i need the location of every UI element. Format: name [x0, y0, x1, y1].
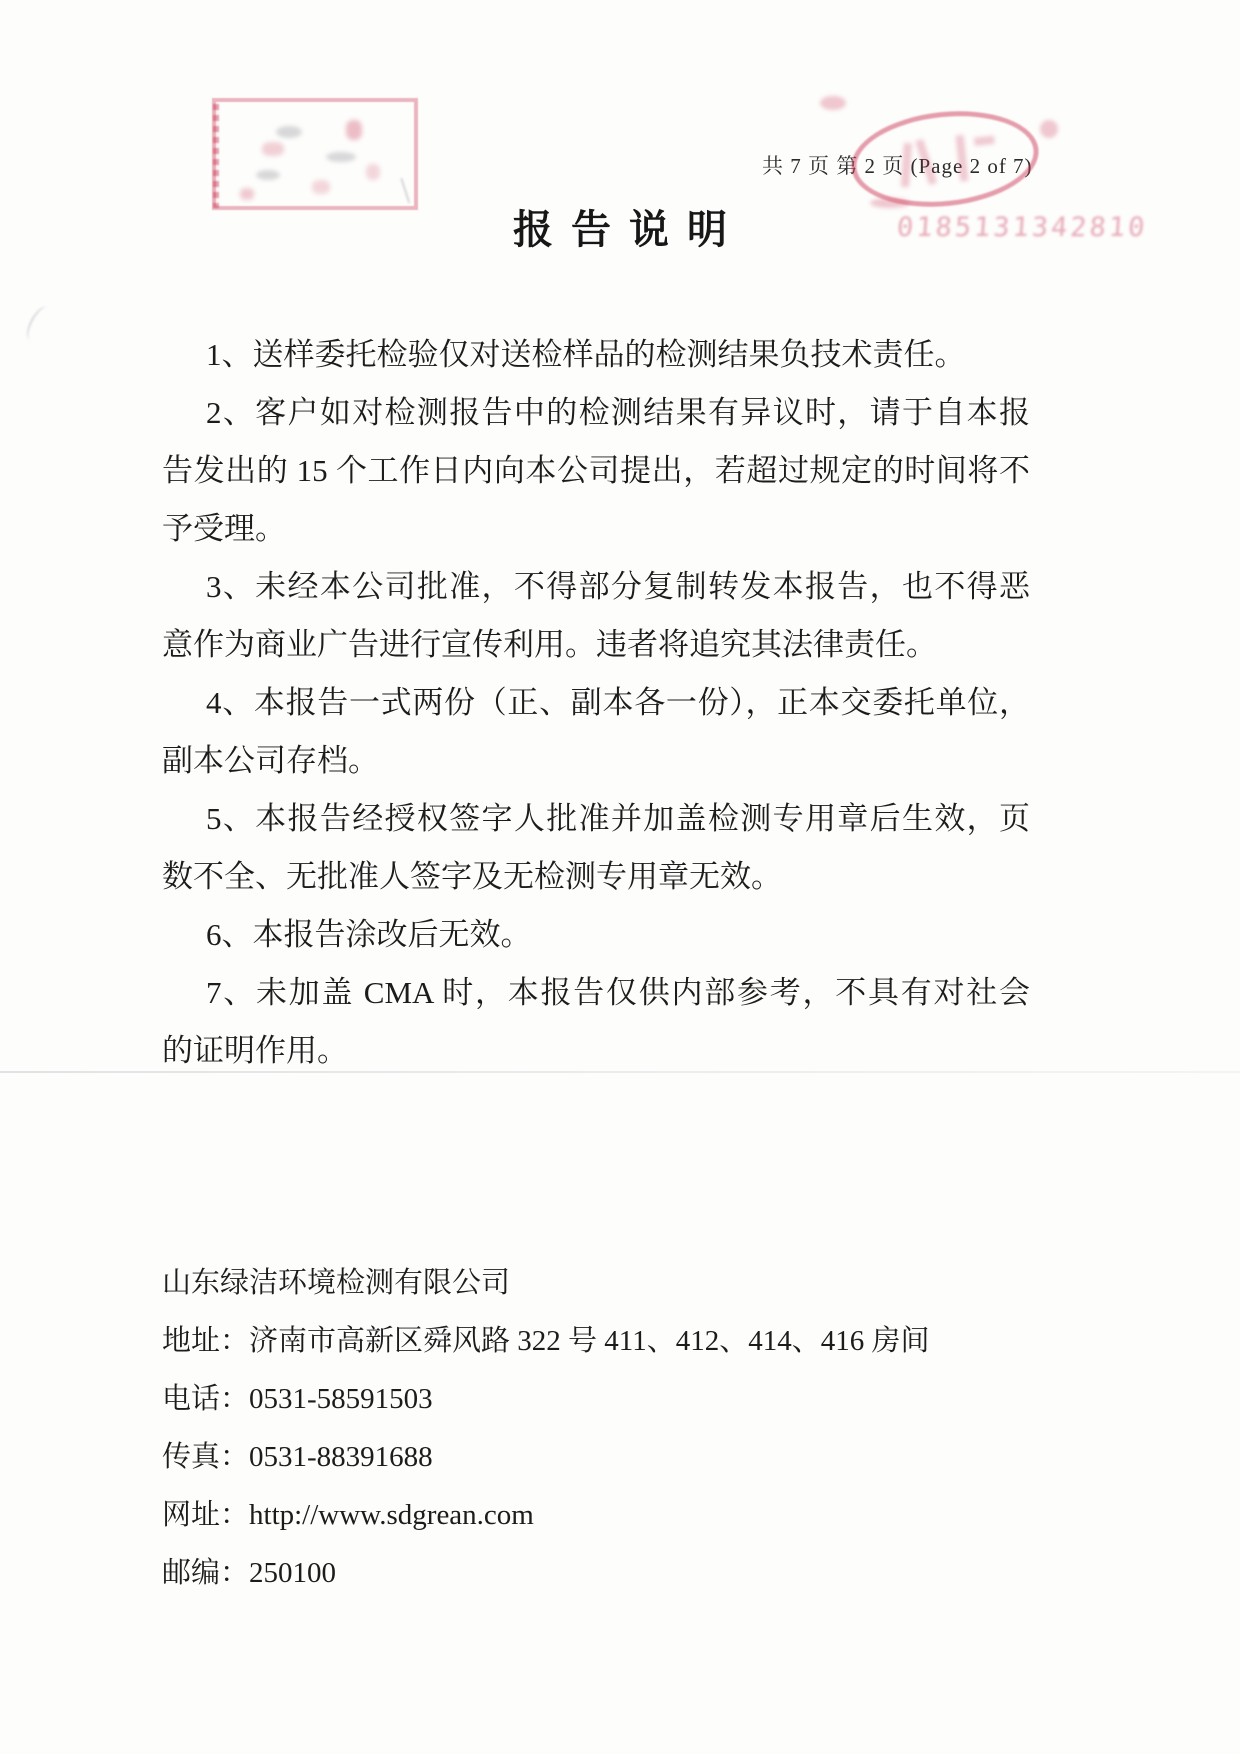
company-address-row: 地址：济南市高新区舜风路 322 号 411、412、414、416 房间 [162, 1312, 1062, 1370]
company-postcode-row: 邮编：250100 [162, 1544, 1062, 1602]
pencil-mark [276, 126, 302, 138]
note-line-8: 副本公司存档。 [162, 732, 1030, 790]
company-name: 山东绿洁环境检测有限公司 [162, 1254, 1062, 1312]
note-line-10: 数不全、无批准人签字及无检测专用章无效。 [162, 848, 1030, 906]
phone-value: 0531-58591503 [249, 1383, 433, 1415]
phone-label: 电话： [162, 1383, 249, 1415]
stamp-glyph [901, 143, 912, 187]
note-line-6: 意作为商业广告进行宣传利用。违者将追究其法律责任。 [162, 616, 1030, 674]
website-label: 网址： [162, 1499, 249, 1531]
report-title: 报告说明 [200, 198, 1040, 255]
postcode-label: 邮编： [162, 1557, 249, 1589]
fax-label: 传真： [162, 1441, 249, 1473]
stamp-speck [1040, 120, 1058, 138]
pencil-mark [256, 170, 280, 180]
note-line-7: 4、本报告一式两份（正、副本各一份），正本交委托单位， [162, 674, 1030, 732]
pencil-mark [326, 152, 356, 162]
scan-fold-line [0, 1071, 1240, 1073]
stamp-mark [346, 120, 362, 140]
note-line-1: 1、送样委托检验仅对送检样品的检测结果负技术责任。 [162, 326, 1030, 384]
faded-rect-stamp [212, 98, 418, 210]
report-notes: 1、送样委托检验仅对送检样品的检测结果负技术责任。 2、客户如对检测报告中的检测… [162, 326, 1030, 1080]
stamp-edge-texture [213, 104, 219, 208]
note-line-5: 3、未经本公司批准，不得部分复制转发本报告，也不得恶 [162, 558, 1030, 616]
company-website-row: 网址：http://www.sdgrean.com [162, 1486, 1062, 1544]
note-line-12: 7、未加盖 CMA 时，本报告仅供内部参考，不具有对社会 [162, 964, 1030, 1022]
stamp-glyph [915, 139, 937, 185]
scanned-report-page: 共 7 页 第 2 页 (Page 2 of 7) 0185131342810 … [0, 0, 1240, 1754]
note-line-4: 予受理。 [162, 500, 1030, 558]
scan-artifact [22, 303, 56, 345]
fax-value: 0531-88391688 [249, 1441, 433, 1473]
stamp-speck [820, 96, 846, 110]
address-value: 济南市高新区舜风路 322 号 411、412、414、416 房间 [249, 1325, 929, 1357]
stamp-mark [312, 180, 330, 194]
stamp-mark [262, 142, 284, 156]
company-info-block: 山东绿洁环境检测有限公司 地址：济南市高新区舜风路 322 号 411、412、… [162, 1254, 1062, 1602]
company-fax-row: 传真：0531-88391688 [162, 1428, 1062, 1486]
stamp-glyph [956, 135, 969, 182]
website-value: http://www.sdgrean.com [249, 1499, 534, 1531]
address-label: 地址： [162, 1325, 249, 1357]
company-phone-row: 电话：0531-58591503 [162, 1370, 1062, 1428]
note-line-2: 2、客户如对检测报告中的检测结果有异议时，请于自本报 [162, 384, 1030, 442]
stamp-glyph [974, 136, 995, 146]
note-line-9: 5、本报告经授权签字人批准并加盖检测专用章后生效，页 [162, 790, 1030, 848]
note-line-3: 告发出的 15 个工作日内向本公司提出，若超过规定的时间将不 [162, 442, 1030, 500]
note-line-11: 6、本报告涂改后无效。 [162, 906, 1030, 964]
stamp-mark [366, 164, 380, 180]
postcode-value: 250100 [249, 1557, 336, 1589]
